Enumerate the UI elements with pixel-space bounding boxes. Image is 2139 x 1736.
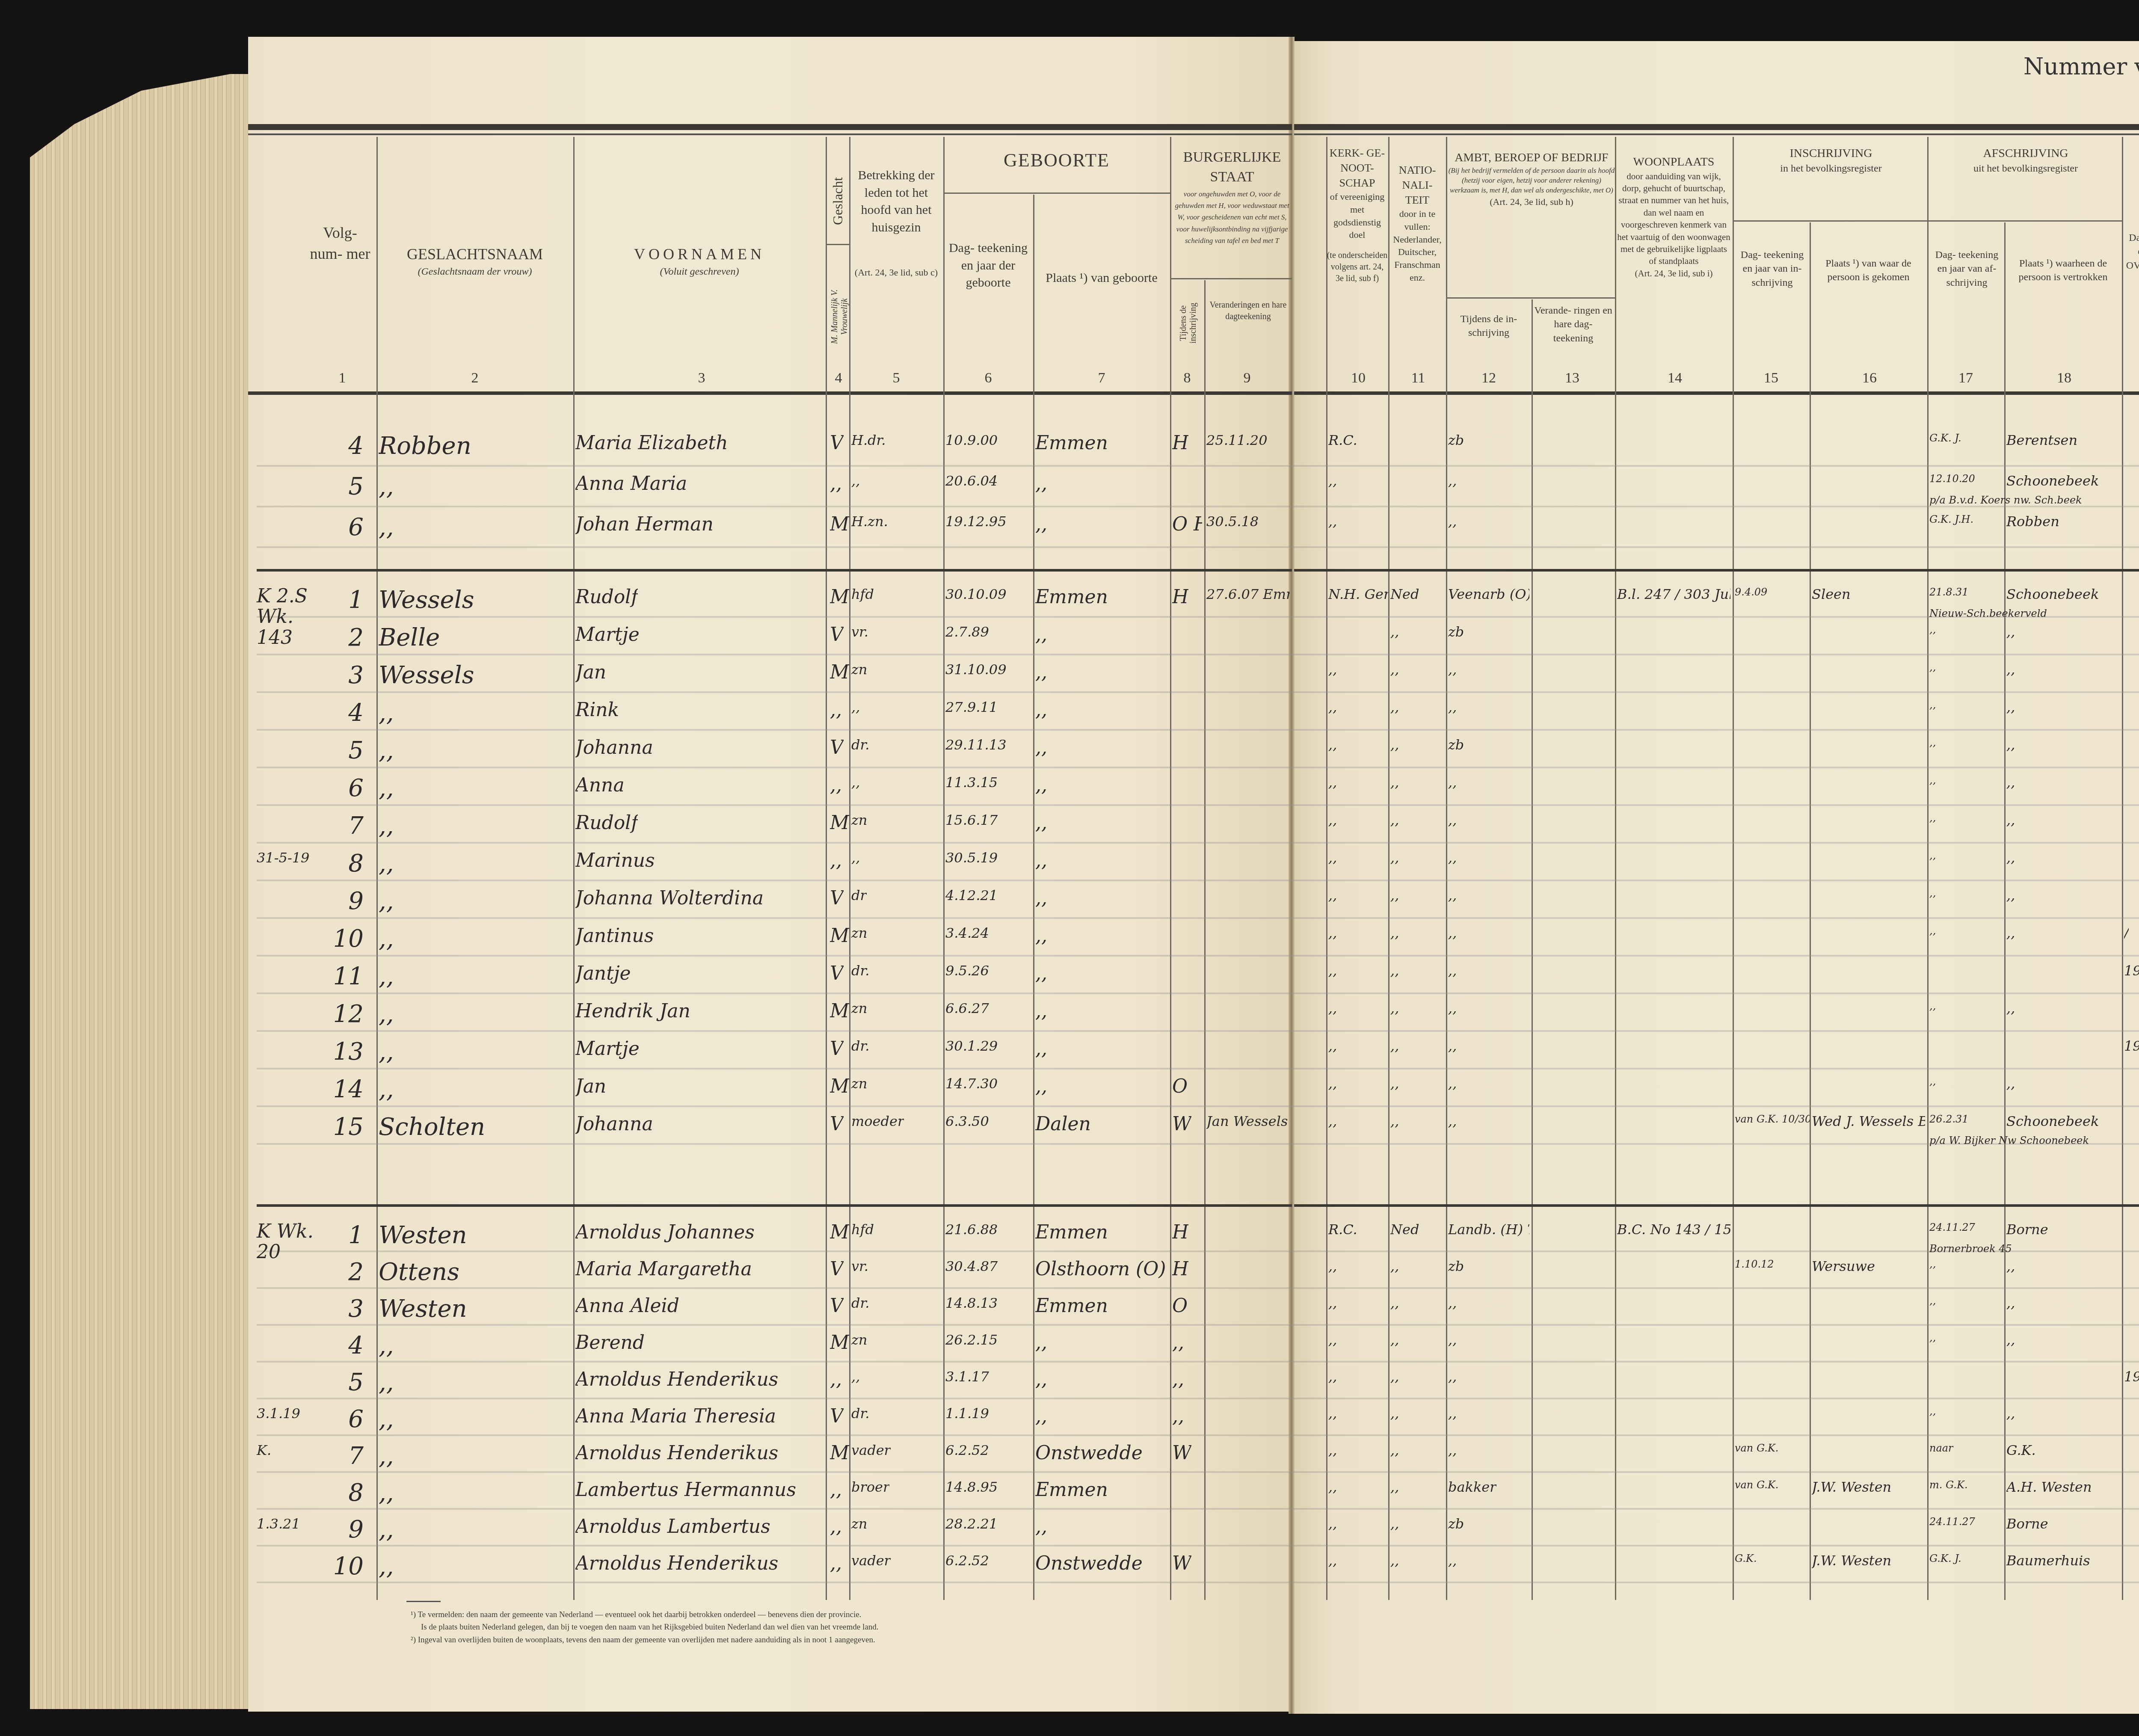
header-col2: GESLACHTSNAAM (Geslachtsnaam der vrouw) — [379, 244, 571, 278]
cell-given: Lambertus Hermannus — [575, 1479, 796, 1501]
cell-surname: Belle — [379, 624, 440, 652]
cell-born: 26.2.15 — [945, 1332, 998, 1348]
cell-sex: V — [830, 624, 844, 646]
cell-sex: M — [830, 1332, 849, 1354]
header-inschrijving-title: INSCHRIJVING — [1735, 145, 1927, 162]
cell-out-to: ,, — [2006, 1295, 2015, 1311]
cell-nr: 1 — [325, 586, 364, 614]
cell-out-to: ,, — [2006, 1000, 2015, 1016]
header-col10-title: KERK- GE- NOOT- SCHAP — [1326, 145, 1388, 190]
header-col14-art: (Art. 24, 3e lid, sub i) — [1617, 267, 1730, 279]
col-divider — [2122, 137, 2123, 1600]
col-divider — [1033, 195, 1034, 1600]
cell-death: / — [2124, 925, 2129, 941]
cell-given: Anna Maria — [575, 473, 687, 495]
cell-nat: ,, — [1390, 887, 1399, 904]
geslacht-subline — [826, 244, 849, 245]
cell-occ: ,, — [1448, 1369, 1457, 1385]
cell-given: Anna Aleid — [575, 1295, 679, 1317]
cell-nr: 7 — [325, 1442, 364, 1470]
cell-rel: dr. — [851, 963, 869, 979]
cell-out-date: 24.11.27 — [1929, 1516, 1975, 1528]
cell-church: ,, — [1328, 1038, 1337, 1054]
cell-place: ,, — [1035, 1075, 1047, 1097]
colnum-15: 15 — [1760, 370, 1782, 386]
cell-nr: 14 — [325, 1075, 364, 1103]
cell-church: ,, — [1328, 1295, 1337, 1311]
cell-place: Emmen — [1035, 1221, 1108, 1243]
header-ambt: AMBT, BEROEP OF BEDRIJF (Bij het bedrijf… — [1448, 150, 1615, 208]
cell-out-date: ,, — [1929, 812, 1936, 824]
colnum-2: 2 — [466, 370, 483, 386]
cell-church: ,, — [1328, 887, 1337, 904]
cell-place: ,, — [1035, 963, 1047, 984]
cell-given: Arnoldus Henderikus — [575, 1442, 778, 1464]
cell-occ: zb — [1448, 432, 1464, 448]
cell-civil: ,, — [1172, 1332, 1184, 1354]
row-ruling — [257, 880, 2139, 881]
cell-place: ,, — [1035, 850, 1047, 871]
cell-out-to: Borne — [2006, 1516, 2048, 1532]
cell-rel: vader — [851, 1442, 891, 1458]
cell-in-from: Wed J. Wessels Bo. 302 — [1812, 1113, 1925, 1129]
cell-sex: M — [830, 925, 849, 947]
family-margin-note: K 2.S Wk. 143 — [257, 586, 325, 648]
cell-nr: 3 — [325, 1295, 364, 1323]
cell-civil: ,, — [1172, 1369, 1184, 1390]
header-col2-title: GESLACHTSNAAM — [379, 244, 571, 265]
cell-out-date: G.K. J. — [1929, 432, 1961, 444]
cell-born: 28.2.21 — [945, 1516, 998, 1532]
cell-sex: V — [830, 737, 844, 758]
header-col11: NATIO- NALI- TEIT door in te vullen: Ned… — [1389, 163, 1445, 284]
cell-civil-change: 25.11.20 — [1206, 432, 1268, 448]
cell-woon: B.C. No 143 / 150 — [1617, 1221, 1730, 1238]
cell-place: Onstwedde — [1035, 1552, 1143, 1574]
page-edges-stack — [30, 41, 252, 1709]
cell-place: Olsthoorn (O) — [1035, 1258, 1166, 1280]
cell-place: ,, — [1035, 1000, 1047, 1022]
colnum-10: 10 — [1348, 370, 1369, 386]
cell-rel: zn — [851, 812, 867, 828]
cell-rel: hfd — [851, 586, 874, 602]
colnum-1: 1 — [334, 370, 351, 386]
cell-given: Hendrik Jan — [575, 1000, 690, 1022]
cell-occ: ,, — [1448, 1442, 1457, 1458]
cell-place: ,, — [1035, 1038, 1047, 1060]
cell-surname: ,, — [379, 473, 394, 501]
cell-nr: 5 — [325, 737, 364, 764]
cell-out-date: ,, — [1929, 774, 1936, 786]
cell-out-date: ,, — [1929, 1000, 1936, 1012]
cell-born: 14.8.13 — [945, 1295, 998, 1311]
header-col3-title: VOORNAMEN — [575, 244, 824, 265]
cell-surname: ,, — [379, 1479, 394, 1507]
cell-nat: ,, — [1390, 1258, 1399, 1274]
cell-surname: ,, — [379, 925, 394, 953]
cell-civil: H — [1172, 1258, 1188, 1280]
cell-surname: ,, — [379, 513, 394, 541]
header-bottom-rule-left — [248, 391, 1292, 395]
cell-in-from: J.W. Westen — [1812, 1552, 1891, 1569]
header-geboorte: GEBOORTE — [943, 148, 1170, 173]
cell-out-extra: p/a W. Bijker Nw Schoonebeek — [1929, 1135, 2089, 1146]
cell-church: N.H. Geref. N.H. (1.1.07) — [1328, 586, 1388, 602]
cell-rel: dr — [851, 887, 867, 904]
header-col16: Plaats ¹) van waar de persoon is gekomen — [1812, 257, 1925, 284]
cell-given: Rudolf — [575, 586, 638, 608]
cell-surname: Westen — [379, 1295, 467, 1323]
cell-born: 4.12.21 — [945, 887, 998, 904]
header-bottom-rule-right — [1294, 391, 2139, 395]
cell-in-date: van G.K. — [1735, 1479, 1778, 1491]
cell-out-to: ,, — [2006, 1332, 2015, 1348]
header-col12: Tijdens de in- schrijving — [1448, 312, 1529, 340]
cell-in-from: J.W. Westen — [1812, 1479, 1891, 1495]
cell-death: 19.2.29 — [2124, 963, 2139, 979]
cell-civil-change: 30.5.18 — [1206, 513, 1259, 530]
cell-church: ,, — [1328, 774, 1337, 791]
cell-death: 19.2.29 — [2124, 1038, 2139, 1054]
cell-church: R.C. — [1328, 432, 1357, 448]
header-inschrijving: INSCHRIJVING in het bevolkingsregister — [1735, 145, 1927, 175]
header-col10: KERK- GE- NOOT- SCHAP of vereeniging met… — [1326, 145, 1388, 284]
cell-place: Dalen — [1035, 1113, 1091, 1135]
cell-place: ,, — [1035, 774, 1047, 796]
cell-rel: zn — [851, 1332, 867, 1348]
cell-out-to: Schoonebeek — [2006, 473, 2099, 489]
header-col11-title: NATIO- NALI- TEIT — [1389, 163, 1445, 207]
cell-nr: 8 — [325, 1479, 364, 1507]
cell-occ: zb — [1448, 1516, 1464, 1532]
cell-nr: 1 — [325, 1221, 364, 1249]
cell-given: Maria Elizabeth — [575, 432, 728, 454]
cell-in-date: 1.10.12 — [1735, 1258, 1774, 1270]
cell-sex: M — [830, 812, 849, 834]
cell-rel: vr. — [851, 1258, 868, 1274]
cell-given: Johan Herman — [575, 513, 714, 535]
cell-born: 30.10.09 — [945, 586, 1007, 602]
cell-given: Jantje — [575, 963, 631, 984]
cell-civil: H — [1172, 586, 1188, 608]
row-ruling — [257, 691, 2139, 693]
row-ruling — [257, 955, 2139, 957]
header-col9: Veranderingen en hare dagteekening — [1206, 299, 1290, 323]
cell-nat: ,, — [1390, 850, 1399, 866]
cell-sex: ,, — [830, 699, 842, 721]
family-margin-date: K. — [257, 1442, 271, 1458]
cell-given: Berend — [575, 1332, 645, 1354]
cell-church: ,, — [1328, 963, 1337, 979]
cell-nr: 5 — [325, 1369, 364, 1396]
cell-sex: ,, — [830, 774, 842, 796]
cell-out-date: ,, — [1929, 624, 1936, 636]
row-ruling — [257, 992, 2139, 994]
cell-rel: vader — [851, 1552, 891, 1569]
cell-sex: V — [830, 1405, 844, 1427]
row-ruling — [257, 1250, 2139, 1252]
cell-out-date: G.K. J. — [1929, 1552, 1961, 1564]
cell-given: Anna Maria Theresia — [575, 1405, 776, 1427]
cell-surname: ,, — [379, 1038, 394, 1066]
header-col4-title: Geslacht — [830, 163, 846, 240]
cell-surname: Scholten — [379, 1113, 485, 1141]
header-col19: Dag- teekening en jaar van OVER- LIJDEN … — [2124, 231, 2139, 287]
header-col8: Tijdens de inschrijving — [1179, 291, 1198, 355]
row-ruling — [257, 1471, 2139, 1473]
cell-nr: 4 — [325, 699, 364, 727]
col-divider — [573, 137, 575, 1600]
cell-given: Arnoldus Johannes — [575, 1221, 755, 1243]
cell-given: Jantinus — [575, 925, 654, 947]
cell-sex: M — [830, 1221, 849, 1243]
cell-nat: ,, — [1390, 925, 1399, 941]
header-col2-sub: (Geslachtsnaam der vrouw) — [379, 265, 571, 278]
cell-rel: ,, — [851, 774, 860, 791]
family-margin-date: 1.3.21 — [257, 1516, 300, 1532]
cell-given: Arnoldus Lambertus — [575, 1516, 770, 1538]
cell-born: 14.8.95 — [945, 1479, 998, 1495]
header-ambt-title: AMBT, BEROEP OF BEDRIJF — [1448, 150, 1615, 166]
cell-born: 20.6.04 — [945, 473, 998, 489]
cell-born: 15.6.17 — [945, 812, 998, 828]
cell-church: ,, — [1328, 1479, 1337, 1495]
cell-occ: ,, — [1448, 1332, 1457, 1348]
cell-surname: ,, — [379, 699, 394, 727]
cell-in-date: van G.K. — [1735, 1442, 1778, 1454]
cell-church: ,, — [1328, 699, 1337, 715]
cell-surname: ,, — [379, 1332, 394, 1360]
cell-sex: M — [830, 661, 849, 683]
cell-given: Martje — [575, 1038, 640, 1060]
cell-born: 21.6.88 — [945, 1221, 998, 1238]
cell-out-to: Berentsen — [2006, 432, 2077, 448]
colnum-5: 5 — [888, 370, 905, 386]
header-burgerlijke-sub: voor ongehuwden met O, voor de gehuwden … — [1172, 188, 1292, 246]
col-divider — [1446, 137, 1447, 1600]
cell-sex: M — [830, 513, 849, 535]
cell-place: ,, — [1035, 1516, 1047, 1538]
cell-nat: ,, — [1390, 1332, 1399, 1348]
cell-born: 19.12.95 — [945, 513, 1007, 530]
cell-born: 3.4.24 — [945, 925, 989, 941]
row-ruling — [257, 1068, 2139, 1069]
col-divider — [1733, 137, 1734, 1600]
cell-place: Emmen — [1035, 1295, 1108, 1317]
cell-civil: W — [1172, 1552, 1191, 1574]
colnum-18: 18 — [2053, 370, 2075, 386]
row-ruling — [257, 546, 2139, 548]
cell-nr: 10 — [325, 1552, 364, 1580]
cell-out-to: Borne — [2006, 1221, 2048, 1238]
row-ruling — [257, 729, 2139, 731]
cell-surname: ,, — [379, 1405, 394, 1433]
cell-surname: ,, — [379, 963, 394, 990]
cell-nat: ,, — [1390, 737, 1399, 753]
colnum-13: 13 — [1561, 370, 1583, 386]
cell-out-date: ,, — [1929, 925, 1936, 937]
cell-given: Martje — [575, 624, 640, 646]
row-ruling — [257, 1105, 2139, 1107]
cell-occ: ,, — [1448, 774, 1457, 791]
header-col5-text: Betrekking der leden tot het hoofd van h… — [851, 167, 941, 236]
cell-church: ,, — [1328, 1258, 1337, 1274]
cell-occ: ,, — [1448, 963, 1457, 979]
cell-born: 31.10.09 — [945, 661, 1007, 678]
cell-given: Arnoldus Henderikus — [575, 1552, 778, 1574]
col-divider — [826, 137, 827, 1600]
cell-out-to: ,, — [2006, 1258, 2015, 1274]
cell-nr: 4 — [325, 432, 364, 460]
cell-church: ,, — [1328, 1113, 1337, 1129]
cell-occ: ,, — [1448, 513, 1457, 530]
cell-surname: ,, — [379, 774, 394, 802]
cell-out-date: 21.8.31 — [1929, 586, 1969, 598]
header-burgerlijke: BURGERLIJKE STAAT — [1172, 148, 1292, 187]
cell-given: Anna — [575, 774, 625, 796]
cell-sex: ,, — [830, 850, 842, 871]
col-divider — [1927, 137, 1929, 1600]
cell-given: Rudolf — [575, 812, 638, 834]
family-separator — [1294, 1204, 2139, 1207]
cell-occ: bakker — [1448, 1479, 1496, 1495]
cell-church: ,, — [1328, 1442, 1337, 1458]
cell-occ: zb — [1448, 624, 1464, 640]
cell-rel: ,, — [851, 850, 860, 866]
cell-civil: H — [1172, 1221, 1188, 1243]
row-ruling — [257, 506, 2139, 507]
cell-sex: V — [830, 1038, 844, 1060]
cell-church: ,, — [1328, 473, 1337, 489]
cell-out-to: ,, — [2006, 850, 2015, 866]
row-ruling — [257, 465, 2139, 467]
cell-surname: ,, — [379, 1552, 394, 1580]
colnum-14: 14 — [1664, 370, 1686, 386]
family-separator — [257, 569, 1292, 572]
cell-out-to: ,, — [2006, 925, 2015, 941]
family-separator — [257, 1204, 1292, 1207]
col-divider — [1810, 222, 1811, 1600]
cell-out-date: ,, — [1929, 1258, 1936, 1270]
cell-nr: 5 — [325, 473, 364, 501]
cell-rel: vr. — [851, 624, 868, 640]
cell-born: 6.6.27 — [945, 1000, 989, 1016]
cell-place: ,, — [1035, 1332, 1047, 1354]
header-col18: Plaats ¹) waarheen de persoon is vertrok… — [2006, 257, 2120, 284]
header-ambt-sub: (Bij het bedrijf vermelden of de persoon… — [1448, 166, 1615, 196]
cell-surname: ,, — [379, 887, 394, 915]
cell-out-to: ,, — [2006, 887, 2015, 904]
family-separator — [1294, 569, 2139, 572]
cell-rel: zn — [851, 661, 867, 678]
cell-place: ,, — [1035, 473, 1047, 495]
cell-sex: ,, — [830, 1479, 842, 1501]
cell-occ: ,, — [1448, 699, 1457, 715]
cell-in-from: Wersuwe — [1812, 1258, 1875, 1274]
cell-surname: ,, — [379, 1369, 394, 1396]
cell-sex: V — [830, 1295, 844, 1317]
cell-church: ,, — [1328, 1369, 1337, 1385]
cell-rel: zn — [851, 1516, 867, 1532]
cell-surname: ,, — [379, 1075, 394, 1103]
cell-rel: dr. — [851, 1405, 869, 1422]
cell-in-date: van G.K. 10/30 — [1735, 1113, 1810, 1125]
cell-nr: 9 — [325, 1516, 364, 1543]
cell-place: Emmen — [1035, 432, 1108, 454]
cell-given: Maria Margaretha — [575, 1258, 752, 1280]
row-ruling — [257, 767, 2139, 768]
family-margin-note: K Wk. 20 — [257, 1221, 325, 1263]
cell-in-from: Sleen — [1812, 586, 1851, 602]
header-col3: VOORNAMEN (Voluit geschreven) — [575, 244, 824, 278]
cell-nr: 2 — [325, 624, 364, 652]
cell-rel: H.zn. — [851, 513, 888, 530]
colnum-11: 11 — [1407, 370, 1429, 386]
cell-born: 1.1.19 — [945, 1405, 989, 1422]
cell-sex: V — [830, 1113, 844, 1135]
cell-out-date: ,, — [1929, 887, 1936, 899]
col-divider — [1170, 137, 1171, 1600]
cell-out-to: G.K. — [2006, 1442, 2036, 1458]
colnum-7: 7 — [1093, 370, 1110, 386]
cell-church: ,, — [1328, 737, 1337, 753]
cell-nat: ,, — [1390, 1038, 1399, 1054]
cell-born: 6.2.52 — [945, 1442, 989, 1458]
cell-out-to: ,, — [2006, 737, 2015, 753]
colnum-9: 9 — [1238, 370, 1256, 386]
row-ruling — [257, 616, 2139, 618]
cell-sex: M — [830, 1000, 849, 1022]
cell-church: ,, — [1328, 1405, 1337, 1422]
cell-place: ,, — [1035, 513, 1047, 535]
cell-nr: 2 — [325, 1258, 364, 1286]
header-afschrijving-sub: uit het bevolkingsregister — [1929, 162, 2122, 175]
cell-nat: ,, — [1390, 624, 1399, 640]
cell-sex: M — [830, 586, 849, 608]
cell-out-to: Schoonebeek — [2006, 1113, 2099, 1129]
row-ruling — [257, 1582, 2139, 1583]
cell-out-date: ,, — [1929, 1295, 1936, 1307]
cell-out-date: 12.10.20 — [1929, 473, 1975, 485]
cell-nat: ,, — [1390, 1442, 1399, 1458]
cell-nat: ,, — [1390, 699, 1399, 715]
cell-out-extra: Nieuw-Sch.beekerveld — [1929, 607, 2047, 619]
row-ruling — [257, 654, 2139, 655]
burgerlijke-subline — [1170, 278, 1292, 279]
cell-nat: ,, — [1390, 963, 1399, 979]
cell-given: Jan — [575, 661, 606, 683]
cell-born: 29.11.13 — [945, 737, 1007, 753]
cell-civil: ,, — [1172, 1405, 1184, 1427]
header-col4-sub: M. Mannelijk V. Vrouwelijk — [830, 274, 850, 359]
cell-out-extra: p/a B.v.d. Koers nw. Sch.beek — [1929, 494, 2082, 506]
cell-church: ,, — [1328, 1075, 1337, 1092]
row-ruling — [257, 1508, 2139, 1510]
cell-surname: ,, — [379, 812, 394, 840]
header-top-rule-left — [248, 124, 1292, 130]
cell-sex: ,, — [830, 1369, 842, 1390]
cell-civil-change: 27.6.07 Emmen — [1206, 586, 1290, 602]
cell-nat: ,, — [1390, 1552, 1399, 1569]
header-col3-sub: (Voluit geschreven) — [575, 265, 824, 278]
header-col7: Plaats ¹) van geboorte — [1035, 270, 1168, 287]
cell-out-to: Schoonebeek — [2006, 586, 2099, 602]
cell-rel: ,, — [851, 1369, 860, 1385]
col-divider — [943, 137, 945, 1600]
cell-nat: ,, — [1390, 774, 1399, 791]
header-col15: Dag- teekening en jaar van in- schrijvin… — [1735, 248, 1810, 290]
cell-nat: ,, — [1390, 661, 1399, 678]
